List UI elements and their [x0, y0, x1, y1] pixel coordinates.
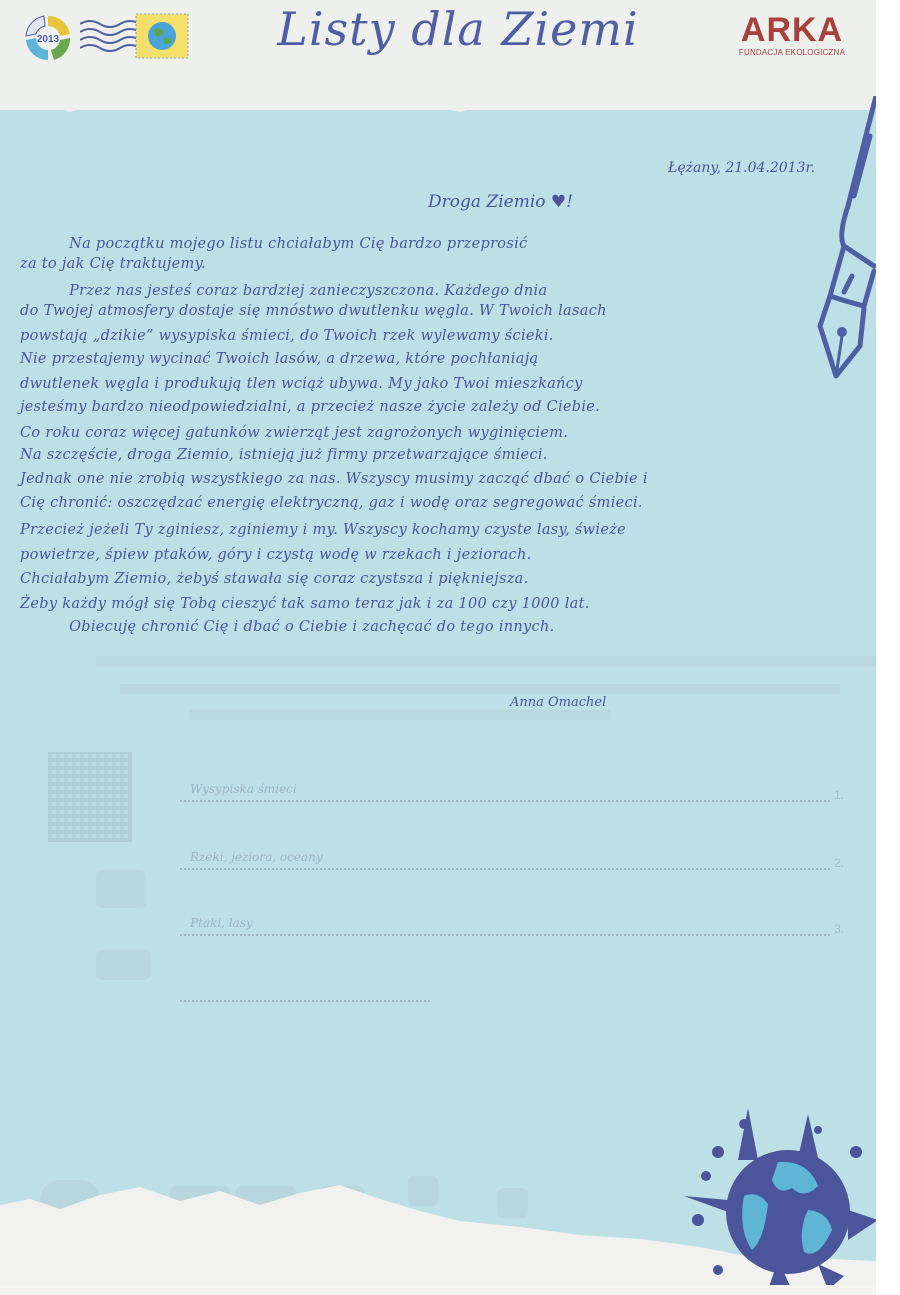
- place-date: Łężany, 21.04.2013r.: [668, 160, 815, 176]
- arka-logo: ARKA FUNDACJA EKOLOGICZNA: [736, 12, 848, 57]
- letter-line: Przecież jeżeli Ty zginiesz, zginiemy i …: [20, 522, 626, 538]
- letter-line: Obiecuję chronić Cię i dbać o Ciebie i z…: [20, 619, 555, 635]
- campaign-2013-logo-icon: 2013: [18, 10, 78, 66]
- scan-margin: [876, 0, 900, 1295]
- letter-line: Nie przestajemy wycinać Twoich lasów, a …: [20, 351, 538, 367]
- letter-line: Żeby każdy mógł się Tobą cieszyć tak sam…: [20, 596, 590, 612]
- org-name: ARKA: [736, 12, 848, 48]
- showthrough-text: [120, 684, 840, 694]
- letter-line: Na szczęście, droga Ziemio, istnieją już…: [20, 447, 548, 463]
- letter-line: Co roku coraz więcej gatunków zwierząt j…: [20, 425, 568, 441]
- fountain-pen-icon: [808, 96, 876, 386]
- qr-code: [48, 752, 132, 842]
- letter-line: Chciałabym Ziemio, żebyś stawała się cor…: [20, 571, 529, 587]
- letter-line: jesteśmy bardzo nieodpowiedzialni, a prz…: [20, 399, 600, 415]
- showthrough-text: [96, 656, 876, 666]
- letter-line: dwutlenek węgla i produkują tlen wciąż u…: [20, 376, 583, 392]
- letter-paper: 2013 Listy dla Ziemi ARKA FUNDACJA EKOLO…: [0, 0, 876, 1285]
- letter-line: powstają „dzikie” wysypiska śmieci, do T…: [20, 328, 554, 344]
- greeting: Droga Ziemio ♥!: [428, 192, 573, 212]
- letter-line: Na początku mojego listu chciałabym Cię …: [20, 236, 527, 252]
- signature: Anna Omachel: [510, 695, 606, 710]
- partner-logo: [96, 870, 146, 908]
- paint-splash-earth-icon: [668, 1100, 876, 1285]
- letter-line: za to jak Cię traktujemy.: [20, 256, 206, 272]
- signature-dotline: [180, 1000, 430, 1002]
- page-title: Listy dla Ziemi: [268, 2, 648, 56]
- torn-edge: [0, 78, 876, 138]
- facebook-logo: [96, 950, 150, 980]
- letter-line: powietrze, śpiew ptaków, góry i czystą w…: [20, 547, 532, 563]
- stamp-icon: [80, 10, 192, 62]
- showthrough-text: [190, 710, 610, 720]
- org-subtitle: FUNDACJA EKOLOGICZNA: [736, 48, 848, 57]
- svg-text:2013: 2013: [37, 34, 60, 45]
- letter-line: Przez nas jesteś coraz bardziej zanieczy…: [20, 283, 547, 299]
- letter-line: do Twojej atmosfery dostaje się mnóstwo …: [20, 303, 607, 319]
- letter-line: Jednak one nie zrobią wszystkiego za nas…: [20, 471, 648, 487]
- letter-line: Cię chronić: oszczędzać energię elektryc…: [20, 495, 643, 511]
